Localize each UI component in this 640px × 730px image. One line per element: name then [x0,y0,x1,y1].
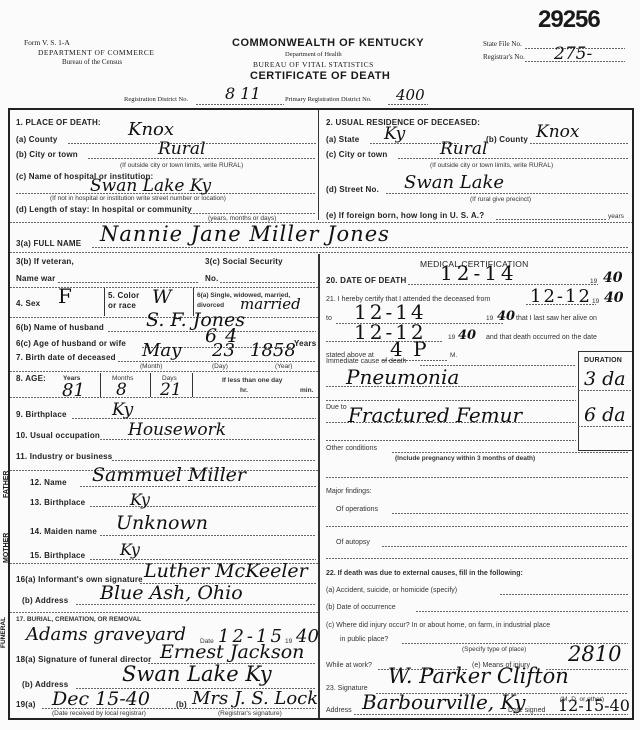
full-name-value: Nannie Jane Miller Jones [100,222,390,246]
month-note: (Month) [140,363,162,370]
residence-city-label: (c) City or town [326,150,387,159]
m-label: M. [450,352,457,359]
father-name-value: Sammuel Miller [92,464,246,486]
immediate-value: Pneumonia [346,365,459,389]
place-of-death-heading: 1. PLACE OF DEATH: [16,118,101,127]
place-note: (Specify type of place) [462,646,526,653]
last-saw-label: that I last saw her alive on [516,315,597,322]
work-label: While at work? [326,662,372,669]
primary-district-label: Primary Registration District No. [285,96,372,103]
immediate-label: Immediate cause of death [326,358,407,365]
color-value: W [152,286,172,308]
husband-label: 6(b) Name of husband [16,323,104,332]
registrar-sig-value: Mrs J. S. Lock [192,688,318,709]
dept-health: Department of Health [285,51,342,58]
occupation-label: 10. Usual occupation [16,431,100,440]
external-label: 22. If death was due to external causes,… [326,570,523,577]
mother-birth-value: Ky [120,540,140,559]
hospital-note: (If not in hospital or institution write… [50,195,226,202]
day-note: (Day) [212,363,228,370]
birthplace-value: Ky [112,400,133,420]
column-divider [318,110,319,220]
means-value: 2810 [568,642,621,666]
bureau-vital: BUREAU OF VITAL STATISTICS [253,60,374,69]
residence-county-label: (b) County [486,135,528,144]
due-value: Fractured Femur [348,403,522,427]
registrar-value: 275- [554,44,592,64]
findings-label: Major findings: [326,488,372,495]
burial-label: 17. BURIAL, CREMATION, OR REMOVAL [16,616,141,623]
color-label: 5. Color or race [108,291,148,311]
birthplace-label: 9. Birthplace [16,410,67,419]
registrar-sig-label: (b) [176,700,187,709]
residence-state-label: (a) State [326,135,359,144]
marital-value: married [240,295,301,313]
father-tag: FATHER [3,471,10,498]
sig-address-value: Barbourville, Ky [362,690,525,714]
mother-name-label: 14. Maiden name [30,527,97,536]
death-city-value: Rural [158,139,205,159]
bureau: Bureau of the Census [62,58,122,66]
birth-day: 23 [212,340,235,361]
birth-label: 7. Birth date of deceased [16,353,116,362]
document-title: CERTIFICATE OF DEATH [250,70,390,82]
commonwealth-title: COMMONWEALTH OF KENTUCKY [232,37,424,49]
ss-no-label: No. [205,274,219,283]
death-county-label: (a) County [16,135,58,144]
occurrence-label: (b) Date of occurrence [326,604,396,611]
form-number: Form V. S. 1-A [24,38,70,47]
accident-label: (a) Accident, suicide, or homicide (spec… [326,587,457,594]
occupation-value: Housework [128,420,226,440]
min-label: min. [300,387,313,394]
immediate-duration: 3 da [584,368,626,390]
attended-from-prefix: 19 [592,298,599,305]
less-day-label: If less than one day [222,377,282,384]
registrar-sig-note: (Registrar's signature) [218,710,282,717]
sex-label: 4. Sex [16,299,40,308]
date-death-label: 20. DATE OF DEATH [326,276,406,285]
age-label: 8. AGE: [16,374,46,383]
residence-county-value: Knox [536,122,579,142]
signed-value: 12-15-40 [558,696,630,715]
received-value: Dec 15-40 [52,688,150,710]
hr-label: hr. [240,387,248,394]
received-label: 19(a) [16,700,36,709]
due-label: Due to [326,404,347,411]
foreign-label: (e) If foreign born, how long in U. S. A… [326,211,484,220]
other-label: Other conditions [326,445,377,452]
due-duration: 6 da [584,404,626,426]
informant-address-label: (b) Address [22,596,68,605]
to-label: to [326,315,332,322]
death-occurred-label: and that death occurred on the date [486,334,597,341]
sig-address-label: Address [326,707,352,714]
file-stamp: 29256 [538,6,600,34]
street-note: (If rural give precinct) [470,196,531,203]
department: DEPARTMENT OF COMMERCE [38,48,154,57]
street-label: (d) Street No. [326,185,379,194]
informant-address-value: Blue Ash, Ohio [100,582,243,604]
father-birth-value: Ky [130,490,150,509]
mother-birth-label: 15. Birthplace [30,551,85,560]
reg-district-value: 8 11 [225,84,261,103]
stay-label: (d) Length of stay: In hospital or commu… [16,205,192,214]
father-birth-label: 13. Birthplace [30,498,85,507]
attended-to-year: 40 [497,309,515,324]
attended-from: 12-12 [530,286,592,307]
ss-label: 3(c) Social Security [205,257,283,266]
year-note: (Year) [275,363,292,370]
death-city-note: (If outside city or town limits, write R… [120,162,243,169]
husband-age-label: 6(c) Age of husband or wife [16,339,126,348]
registrar-label: Registrar's No. [483,53,525,61]
public-label: in public place? [340,636,388,643]
birth-month: May [142,340,181,361]
street-value: Swan Lake [404,172,504,193]
director-value: Ernest Jackson [160,641,304,663]
mother-name-value: Unknown [116,512,208,534]
operations-label: Of operations [336,506,378,513]
sex-value: F [58,284,72,308]
birth-year: 1858 [250,340,296,361]
hospital-value: Swan Lake Ky [90,176,211,196]
where-label: (c) Where did injury occur? In or about … [326,622,550,629]
primary-district-value: 400 [396,86,425,104]
date-death-value: 12-14 [440,261,518,285]
veteran-label: 3(b) If veteran, [16,257,74,266]
attended-from-year: 40 [604,290,623,306]
residence-state-value: Ky [384,124,405,144]
funeral-tag: FUNERAL [0,617,7,648]
duration-label: DURATION [584,357,622,364]
duration-box [578,351,632,451]
state-file-label: State File No. [483,40,522,48]
residence-city-note: (If outside city or town limits, write R… [430,162,553,169]
foreign-unit: years [608,213,624,220]
other-note: (Include pregnancy within 3 months of de… [395,455,535,462]
husband-age-unit: Years [294,339,316,348]
residence-city-value: Rural [440,139,487,159]
death-county-value: Knox [128,119,174,140]
death-city-label: (b) City or town [16,150,78,159]
director-address-value: Swan Lake Ky [122,662,272,686]
reg-district-label: Registration District No. [124,96,188,103]
received-note: (Date received by local registrar) [52,710,146,717]
father-name-label: 12. Name [30,478,67,487]
war-label: Name war [16,274,55,283]
column-divider [318,254,320,718]
attended-to-prefix: 19 [486,315,493,322]
signature-value: W. Parker Clifton [388,664,569,688]
last-saw-year: 40 [458,328,476,343]
stay-note: (years, months or days) [208,215,276,222]
industry-label: 11. Industry or business [16,452,112,461]
signed-label: Date signed [508,707,545,714]
date-death-year-prefix: 19 [590,278,597,285]
mother-tag: MOTHER [3,533,10,563]
full-name-label: 3(a) FULL NAME [16,239,81,248]
last-saw-prefix: 19 [448,334,455,341]
date-death-year: 40 [603,270,622,286]
informant-value: Luther McKeeler [144,560,308,582]
autopsy-label: Of autopsy [336,539,370,546]
